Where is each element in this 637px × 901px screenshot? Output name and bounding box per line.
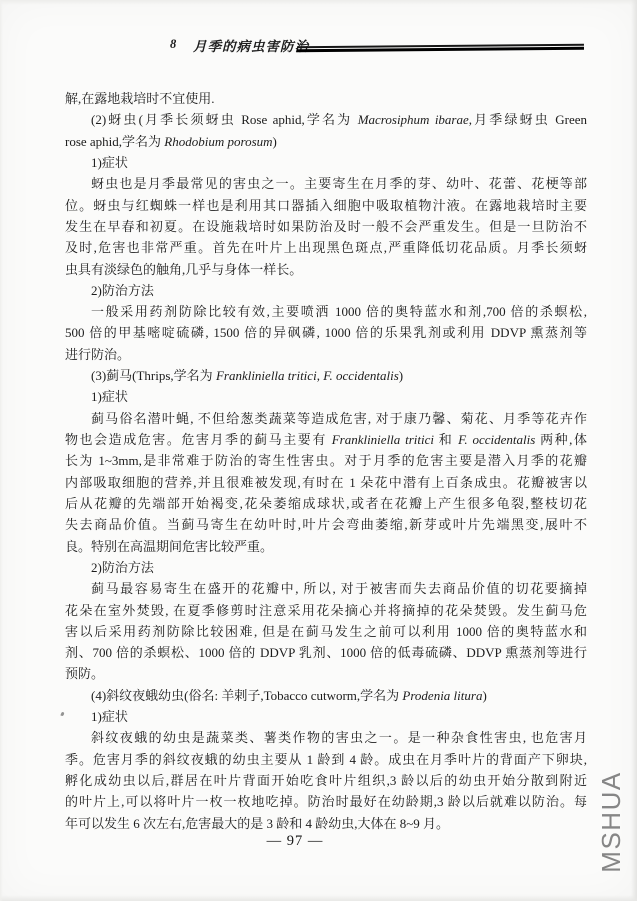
text-line: (4)斜纹夜蛾幼虫(俗名: 羊剌子,Tobacco cutworm,学名为 Pr… (65, 685, 587, 706)
species-name: Frankliniella tritici (216, 368, 317, 383)
text-run: 500 倍的甲基嘧啶硫磷, 1500 倍的异砜磷, 1000 倍的乐果乳剂或利用… (65, 325, 587, 340)
text-line: 后从花瓣的先端部开始褐变,花朵萎缩成球状,或者在花瓣上产生很多龟裂,整枝切花 (65, 493, 587, 514)
text-line: 失去商品价值。当蓟马寄生在幼叶时,叶片会弯曲萎缩,新芽或叶片先端黑变,展叶不 (65, 514, 587, 535)
chapter-number: 8 (170, 37, 176, 52)
text-run: 进行防治。 (65, 347, 130, 362)
book-page-scan: 8 月季的病虫害防治 解,在露地栽培时不宜使用.(2)蚜虫(月季长须蚜虫 Ros… (0, 0, 637, 901)
text-run: 两种,体 (535, 432, 587, 447)
text-run: rose aphid,学名为 (65, 134, 164, 149)
text-line: (3)蓟马(Thrips,学名为 Frankliniella tritici, … (65, 365, 587, 386)
text-run: 解,在露地栽培时不宜使用. (65, 91, 215, 106)
text-run: 年可以发生 6 次左右,危害最大的是 3 龄和 4 龄幼虫,大体在 8~9 月。 (65, 816, 449, 831)
text-run: 蚜虫也是月季最常见的害虫之一。主要寄生在月季的芽、幼叶、花蕾、花梗等部 (91, 176, 587, 191)
text-run: 后从花瓣的先端部开始褐变,花朵萎缩成球状,或者在花瓣上产生很多龟裂,整枝切花 (65, 496, 587, 511)
text-run: (3)蓟马(Thrips,学名为 (91, 368, 216, 383)
text-line: 物也会造成危害。危害月季的蓟马主要有 Frankliniella tritici… (65, 429, 587, 450)
scan-edge-right (631, 0, 637, 901)
chapter-title: 月季的病虫害防治 (193, 35, 309, 55)
text-run: 1)症状 (91, 389, 128, 404)
text-run: 长为 1~3mm,是非常难于防治的寄生性害虫。对于月季的危害主要是潜入月季的花瓣 (65, 453, 587, 468)
species-name: Macrosiphum ibarae (358, 112, 469, 127)
scan-artifact-dot (60, 712, 64, 717)
scan-edge-left (0, 0, 3, 901)
text-run: 花朵在室外焚毁, 在夏季修剪时注意采用花朵摘心并将摘掉的花朵焚毁。发生蓟马危 (65, 603, 587, 618)
text-line: 长为 1~3mm,是非常难于防治的寄生性害虫。对于月季的危害主要是潜入月季的花瓣 (65, 450, 587, 471)
scan-edge-bottom (0, 895, 637, 901)
text-run: 发生在早春和初夏。在设施栽培时如果防治及时一般不会严重发生。但是一旦防治不 (65, 219, 587, 234)
text-line: 孵化成幼虫以后,群居在叶片背面开始吃食叶片组织,3 龄以后的幼虫开始分散到附近 (65, 770, 587, 791)
text-run: 的叶片上,可以将叶片一枚一枚地吃掉。防治时最好在幼龄期,3 龄以后就难以防治。每 (65, 794, 587, 809)
text-line: 虫具有淡绿色的触角,几乎与身体一样长。 (65, 259, 587, 280)
text-line: 位。蚜虫与红蜘蛛一样也是利用其口器插入细胞中吸取植物汁液。在露地栽培时主要 (65, 195, 587, 216)
text-line: 蚜虫也是月季最常见的害虫之一。主要寄生在月季的芽、幼叶、花蕾、花梗等部 (65, 173, 587, 194)
species-name: Frankliniella tritici (332, 432, 434, 447)
text-run: 蓟马俗名潜叶蝇, 不但给葱类蔬菜等造成危害, 对于康乃馨、菊花、月季等花卉作 (91, 411, 587, 426)
text-line: 剂、700 倍的杀螟松、1000 倍的 DDVP 乳剂、1000 倍的低毒硫磷、… (65, 642, 587, 663)
text-line: 内部吸取细胞的营养,并且很难被发现,有时在 1 朵花中潜有上百条成虫。花瓣被害以 (65, 472, 587, 493)
text-line: 解,在露地栽培时不宜使用. (65, 88, 587, 109)
text-run: 物也会造成危害。危害月季的蓟马主要有 (65, 432, 332, 447)
text-run: ,月季绿蚜虫 Green (469, 112, 587, 127)
text-line: 害以后采用药剂防除比较困难, 但是在蓟马发生之前可以利用 1000 倍的奥特蓝水… (65, 621, 587, 642)
text-line: 一般采用药剂防除比较有效,主要喷洒 1000 倍的奥特蓝水和剂,700 倍的杀螟… (65, 301, 587, 322)
text-line: 预防。 (65, 663, 587, 684)
text-run: 预防。 (65, 666, 104, 681)
text-run: 内部吸取细胞的营养,并且很难被发现,有时在 1 朵花中潜有上百条成虫。花瓣被害以 (65, 475, 587, 490)
text-line: rose aphid,学名为 Rhodobium porosum) (65, 131, 587, 152)
text-run: 位。蚜虫与红蜘蛛一样也是利用其口器插入细胞中吸取植物汁液。在露地栽培时主要 (65, 198, 587, 213)
text-run: 害以后采用药剂防除比较困难, 但是在蓟马发生之前可以利用 1000 倍的奥特蓝水… (65, 624, 587, 639)
text-run: ) (482, 688, 486, 703)
species-name: F. occidentalis (323, 368, 399, 383)
text-run: 2)防治方法 (91, 283, 154, 298)
body-text: 解,在露地栽培时不宜使用.(2)蚜虫(月季长须蚜虫 Rose aphid,学名为… (65, 88, 587, 834)
text-run: 良。特别在高温期间危害比较严重。 (65, 539, 273, 554)
text-line: 进行防治。 (65, 344, 587, 365)
text-line: 及时,危害也非常严重。首先在叶片上出现黑色斑点,严重降低切花品质。月季长须蚜 (65, 237, 587, 258)
text-run: 孵化成幼虫以后,群居在叶片背面开始吃食叶片组织,3 龄以后的幼虫开始分散到附近 (65, 773, 587, 788)
header-rule-thick-line (297, 47, 584, 53)
text-run: ) (399, 368, 403, 383)
text-run: 和 (434, 432, 458, 447)
text-line: 蓟马俗名潜叶蝇, 不但给葱类蔬菜等造成危害, 对于康乃馨、菊花、月季等花卉作 (65, 408, 587, 429)
text-run: 季。危害月季的斜纹夜蛾的幼虫主要从 1 龄到 4 龄。成虫在月季叶片的背面产下卵… (65, 752, 587, 767)
text-line: 花朵在室外焚毁, 在夏季修剪时注意采用花朵摘心并将摘掉的花朵焚毁。发生蓟马危 (65, 600, 587, 621)
text-run: 失去商品价值。当蓟马寄生在幼叶时,叶片会弯曲萎缩,新芽或叶片先端黑变,展叶不 (65, 517, 587, 532)
text-line: 1)症状 (65, 706, 587, 727)
text-line: 蓟马最容易寄生在盛开的花瓣中, 所以, 对于被害而失去商品价值的切花要摘掉 (65, 578, 587, 599)
text-run: (2)蚜虫(月季长须蚜虫 Rose aphid,学名为 (91, 112, 358, 127)
text-line: 2)防治方法 (65, 280, 587, 301)
text-line: 季。危害月季的斜纹夜蛾的幼虫主要从 1 龄到 4 龄。成虫在月季叶片的背面产下卵… (65, 749, 587, 770)
text-line: 年可以发生 6 次左右,危害最大的是 3 龄和 4 龄幼虫,大体在 8~9 月。 (65, 813, 587, 834)
header-double-rule (297, 44, 584, 53)
scan-edge-top (0, 0, 637, 5)
species-name: Prodenia litura (402, 688, 482, 703)
species-name: Rhodobium porosum (164, 134, 272, 149)
text-run: 虫具有淡绿色的触角,几乎与身体一样长。 (65, 262, 302, 277)
text-line: 的叶片上,可以将叶片一枚一枚地吃掉。防治时最好在幼龄期,3 龄以后就难以防治。每 (65, 791, 587, 812)
text-run: 1)症状 (91, 155, 128, 170)
text-run: 蓟马最容易寄生在盛开的花瓣中, 所以, 对于被害而失去商品价值的切花要摘掉 (91, 581, 587, 596)
text-line: 良。特别在高温期间危害比较严重。 (65, 536, 587, 557)
text-run: 及时,危害也非常严重。首先在叶片上出现黑色斑点,严重降低切花品质。月季长须蚜 (65, 240, 587, 255)
text-run: 剂、700 倍的杀螟松、1000 倍的 DDVP 乳剂、1000 倍的低毒硫磷、… (65, 645, 587, 660)
text-run: 一般采用药剂防除比较有效,主要喷洒 1000 倍的奥特蓝水和剂,700 倍的杀螟… (91, 304, 587, 319)
text-run: 斜纹夜蛾的幼虫是蔬菜类、薯类作物的害虫之一。是一种杂食性害虫, 也危害月 (91, 730, 587, 745)
text-line: 1)症状 (65, 386, 587, 407)
species-name: F. occidentalis (458, 432, 535, 447)
text-line: 发生在早春和初夏。在设施栽培时如果防治及时一般不会严重发生。但是一旦防治不 (65, 216, 587, 237)
text-run: ) (273, 134, 277, 149)
text-line: 斜纹夜蛾的幼虫是蔬菜类、薯类作物的害虫之一。是一种杂食性害虫, 也危害月 (65, 727, 587, 748)
watermark: MSHUA (597, 757, 625, 887)
text-line: 500 倍的甲基嘧啶硫磷, 1500 倍的异砜磷, 1000 倍的乐果乳剂或利用… (65, 322, 587, 343)
text-line: 2)防治方法 (65, 557, 587, 578)
text-run: 2)防治方法 (91, 560, 154, 575)
text-run: 1)症状 (91, 709, 128, 724)
text-line: 1)症状 (65, 152, 587, 173)
page-number: — 97 — (65, 833, 525, 850)
text-run: (4)斜纹夜蛾幼虫(俗名: 羊剌子,Tobacco cutworm,学名为 (91, 688, 402, 703)
running-head: 8 月季的病虫害防治 (0, 34, 637, 58)
text-line: (2)蚜虫(月季长须蚜虫 Rose aphid,学名为 Macrosiphum … (65, 109, 587, 130)
